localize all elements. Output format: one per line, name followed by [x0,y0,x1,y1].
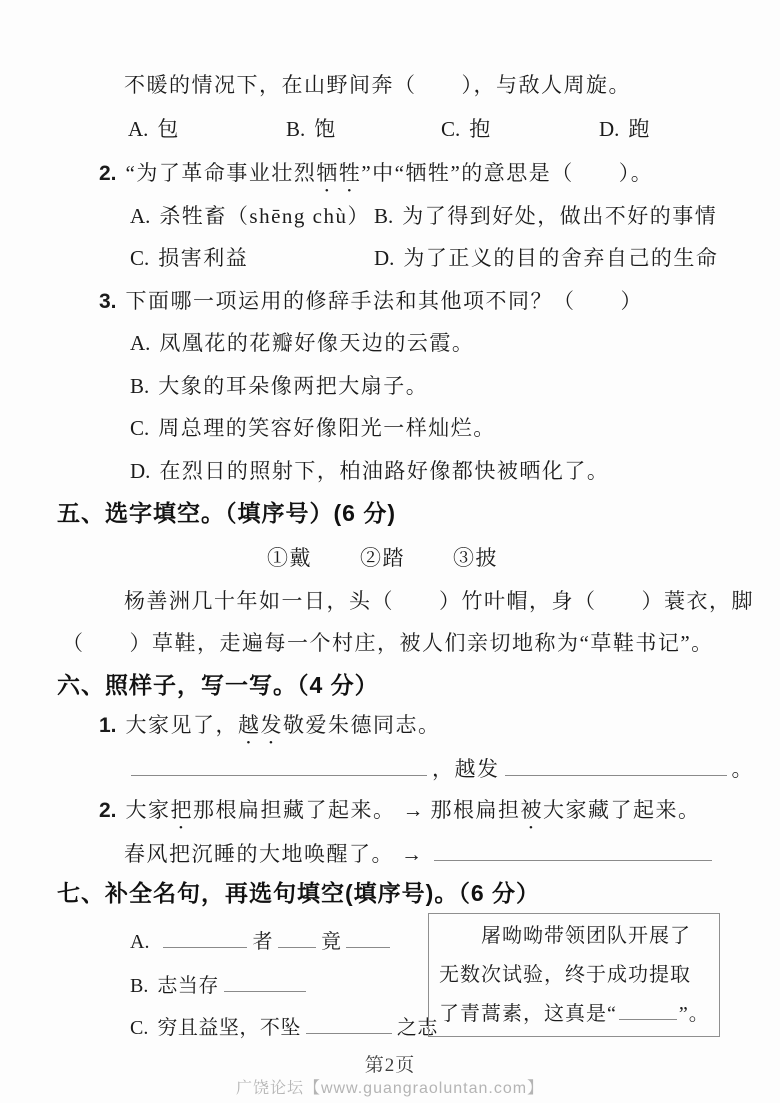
q1-option-c: C.抱 [441,116,492,142]
q1-option-b: B.饱 [286,116,337,142]
section7-item-c: C.穷且益坚，不坠之志 [130,1012,438,1041]
option-label: B. [130,975,148,997]
fill-blank [306,1012,392,1034]
option-text: 包 [157,117,180,141]
q3-option-a: A.凤凰花的花瓣好像天边的云霞。 [130,330,474,356]
option-label: C. [130,1017,148,1039]
option-text: 跑 [628,117,651,141]
option-label: A. [130,931,149,953]
item-text: 春风把沉睡的大地唤醒了。 [124,842,394,866]
fill-blank [619,998,677,1020]
worksheet-page: 不暖的情况下，在山野间奔（ ），与敌人周旋。 A.包 B.饱 C.抱 D.跑 2… [0,0,780,1103]
section6-item2: 2.大家把那根扁担藏了起来。→那根扁担被大家藏了起来。 [99,797,701,834]
option-label: C. [441,117,460,141]
option-label: B. [374,204,393,228]
item-text: 穷且益坚，不坠 [157,1017,301,1039]
section5-heading: 五、选字填空。（填序号）(6 分) [57,499,396,528]
stem-text: ”中“牺牲”的意思是（ ）。 [361,161,653,185]
question-number: 3. [99,290,117,313]
option-label: A. [128,117,148,141]
item-text: 者 [252,931,273,953]
item-text: 志当存 [157,975,219,997]
q3-option-d: D.在烈日的照射下，柏油路好像都快被晒化了。 [130,458,609,484]
q1-stem: 不暖的情况下，在山野间奔（ ），与敌人周旋。 [124,72,631,98]
section6-fill-line: ，越发。 [126,753,754,782]
q2-option-c: C.损害利益 [130,245,248,271]
option-text: 抱 [469,117,492,141]
fill-blank [163,926,247,948]
emphasized-word: 把 [171,798,194,822]
fill-text: ，越发 [432,757,500,781]
choice-1: ①戴 [267,546,312,570]
option-text: 杀牲畜（shēng chù） [159,204,370,228]
option-label: C. [130,246,149,270]
item-text: 那根扁担藏了起来。 [193,798,396,822]
section5-paragraph-line2: （ ）草鞋，走遍每一个村庄，被人们亲切地称为“草鞋书记”。 [62,630,714,656]
box-line: 无数次试验，终于成功提取 [439,956,709,995]
option-text: 大象的耳朵像两把大扇子。 [158,374,428,398]
q2-option-d: D.为了正义的目的舍弃自己的生命 [374,245,718,271]
question-number: 2. [99,162,117,185]
stem-text: “为了革命事业壮烈 [126,161,317,185]
option-text: 损害利益 [158,246,248,270]
option-label: D. [374,246,394,270]
fill-text: 。 [732,757,755,781]
fill-blank [346,926,390,948]
q3-option-c: C.周总理的笑容好像阳光一样灿烂。 [130,415,496,441]
item-text: 大家藏了起来。 [543,798,701,822]
fill-blank [278,926,316,948]
option-label: B. [130,374,149,398]
section5-paragraph-line1: 杨善洲几十年如一日，头（ ）竹叶帽，身（ ）蓑衣，脚 [124,588,754,614]
q2-option-b: B.为了得到好处，做出不好的事情 [374,203,717,229]
choice-2: ②踏 [360,546,405,570]
fill-blank [224,970,306,992]
choice-3: ③披 [453,546,498,570]
q3-stem: 3.下面哪一项运用的修辞手法和其他项不同？（ ） [99,288,643,315]
option-text: 凤凰花的花瓣好像天边的云霞。 [159,331,474,355]
emphasized-word: 越发 [238,713,283,737]
emphasized-word: 被 [521,798,544,822]
option-text: 周总理的笑容好像阳光一样灿烂。 [158,416,496,440]
option-label: D. [130,459,150,483]
option-text: 在烈日的照射下，柏油路好像都快被晒化了。 [159,459,609,483]
watermark: 广饶论坛【www.guangraoluntan.com】 [0,1075,780,1098]
fill-blank [434,838,712,861]
section7-item-b: B.志当存 [130,970,311,999]
section5-choices: ①戴②踏③披 [267,545,498,571]
option-label: A. [130,204,150,228]
q1-option-d: D.跑 [599,116,651,142]
section6-heading: 六、照样子，写一写。（4 分） [57,671,379,700]
item-text: 大家 [126,798,171,822]
box-line: 屠呦呦带领团队开展了 [439,917,709,956]
option-label: A. [130,331,150,355]
section6-item1: 1.大家见了，越发敬爱朱德同志。 [99,712,441,749]
item-text: 敬爱朱德同志。 [283,713,441,737]
arrow-icon: → [401,842,422,866]
option-label: D. [599,117,619,141]
fill-blank [131,753,427,776]
option-text: 为了正义的目的舍弃自己的生命 [403,246,718,270]
box-text: ”。 [679,1003,710,1025]
section7-heading: 七、补全名句，再选句填空(填序号)。（6 分） [57,879,540,908]
option-label: B. [286,117,305,141]
example-sentence-box: 屠呦呦带领团队开展了 无数次试验，终于成功提取 了青蒿素，这真是“”。 [428,913,720,1037]
emphasized-word: 牺牲 [316,161,361,185]
arrow-icon: → [403,798,424,822]
q2-option-a: A.杀牲畜（shēng chù） [130,203,370,229]
item-number: 1. [99,714,117,737]
fill-blank [505,753,727,776]
q3-option-b: B.大象的耳朵像两把大扇子。 [130,373,428,399]
page-number: 第2页 [0,1050,780,1077]
section6-item2-line2: 春风把沉睡的大地唤醒了。→ [124,838,717,867]
q1-option-a: A.包 [128,116,180,142]
item-text: 大家见了， [126,713,239,737]
option-text: 饱 [314,117,337,141]
option-text: 为了得到好处，做出不好的事情 [402,204,717,228]
box-text: 了青蒿素，这真是“ [439,1003,617,1025]
item-number: 2. [99,799,117,822]
option-label: C. [130,416,149,440]
q2-stem: 2.“为了革命事业壮烈牺牲”中“牺牲”的意思是（ ）。 [99,160,653,197]
item-text: 那根扁担 [431,798,521,822]
section7-item-a: A.者竟 [130,926,395,955]
item-text: 竟 [321,931,342,953]
box-line: 了青蒿素，这真是“”。 [439,995,709,1034]
stem-text: 下面哪一项运用的修辞手法和其他项不同？（ ） [126,289,644,313]
